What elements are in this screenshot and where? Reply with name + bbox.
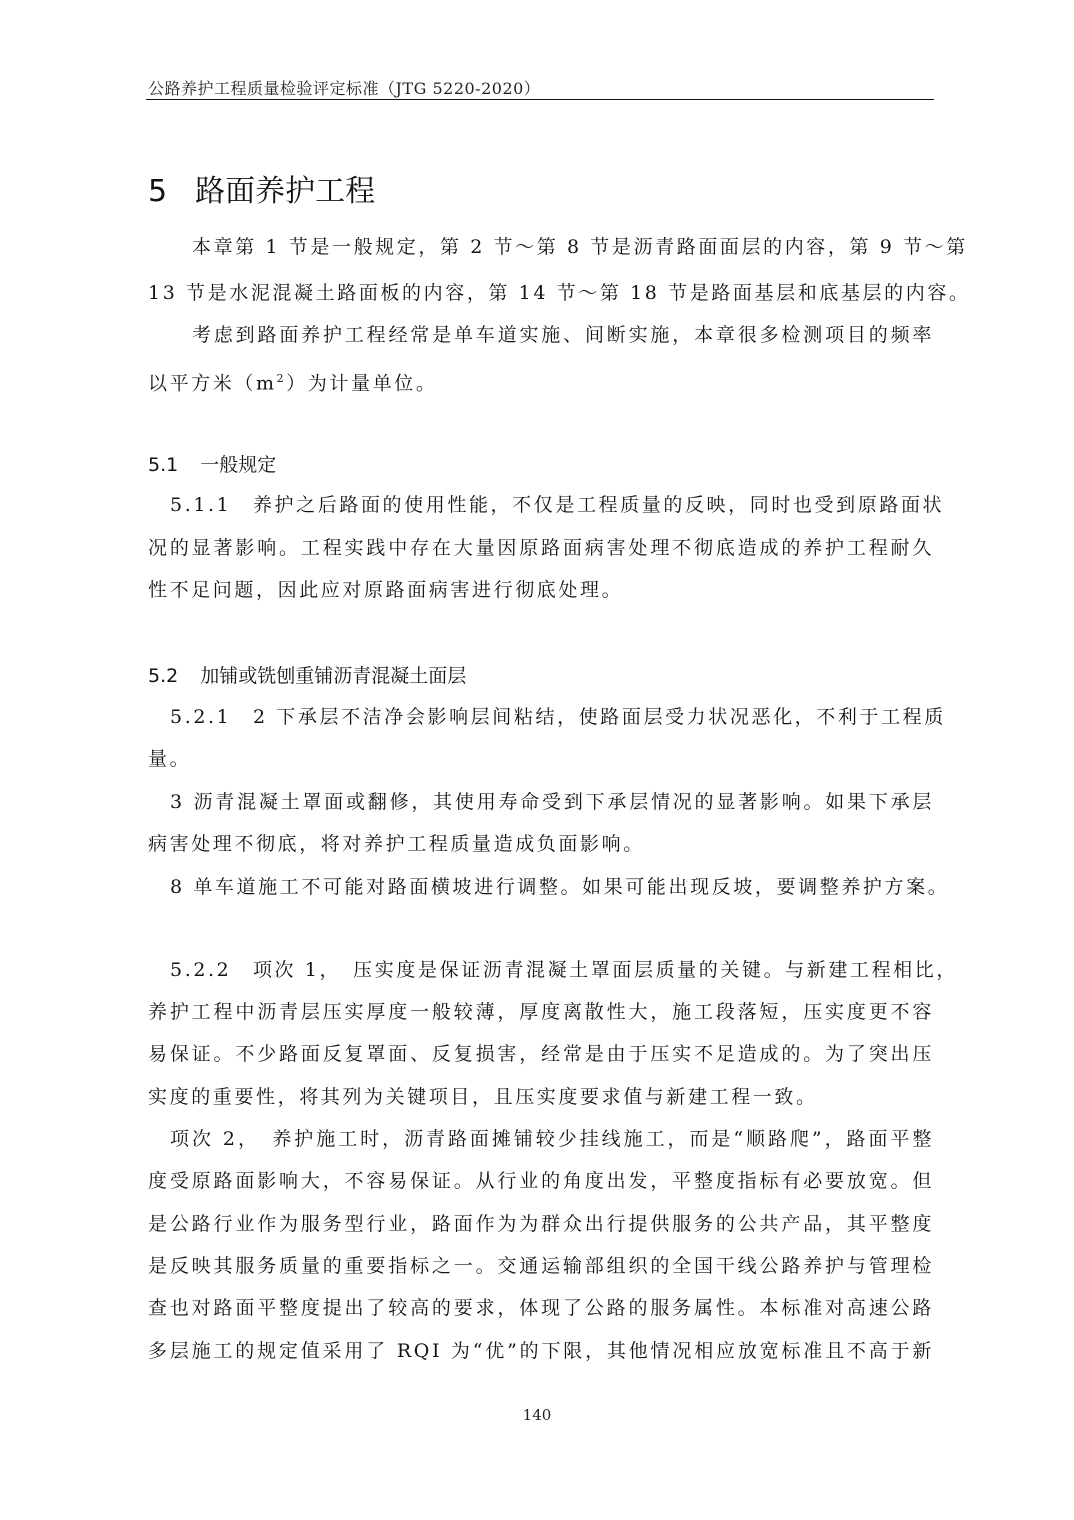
clause-line: 5.2.1 2 下承层不洁净会影响层间粘结，使路面层受力状况恶化，不利于工程质 <box>148 704 934 730</box>
intro-line: 考虑到路面养护工程经常是单车道实施、间断实施，本章很多检测项目的频率 <box>148 322 934 348</box>
section-number: 5.1 <box>148 454 178 476</box>
intro-text: ）为计量单位。 <box>286 372 437 394</box>
section-heading: 5.1一般规定 <box>148 450 276 477</box>
intro-line: 13 节是水泥混凝土路面板的内容，第 14 节～第 18 节是路面基层和底基层的… <box>148 280 934 306</box>
clause-line: 5.2.2 项次 1， 压实度是保证沥青混凝土罩面层质量的关键。与新建工程相比， <box>148 957 934 983</box>
clause-line: 量。 <box>148 746 934 772</box>
header-rule <box>146 99 934 100</box>
clause-line: 3 沥青混凝土罩面或翻修，其使用寿命受到下承层情况的显著影响。如果下承层 <box>148 789 934 815</box>
section-title: 加铺或铣刨重铺沥青混凝土面层 <box>200 665 466 687</box>
clause-line: 实度的重要性，将其列为关键项目，且压实度要求值与新建工程一致。 <box>148 1084 934 1110</box>
clause-line: 性不足问题，因此应对原路面病害进行彻底处理。 <box>148 577 934 603</box>
chapter-heading: 5路面养护工程 <box>148 166 375 210</box>
chapter-title: 路面养护工程 <box>195 174 375 209</box>
page-number: 140 <box>0 1406 1074 1424</box>
clause-line: 易保证。不少路面反复罩面、反复损害，经常是由于压实不足造成的。为了突出压 <box>148 1041 934 1067</box>
running-header: 公路养护工程质量检验评定标准（JTG 5220-2020） <box>148 76 540 99</box>
clause-line: 度受原路面影响大，不容易保证。从行业的角度出发，平整度指标有必要放宽。但 <box>148 1168 934 1194</box>
intro-line: 以平方米（m2）为计量单位。 <box>148 366 934 396</box>
clause-line: 查也对路面平整度提出了较高的要求，体现了公路的服务属性。本标准对高速公路 <box>148 1295 934 1321</box>
clause-line: 是公路行业作为服务型行业，路面作为为群众出行提供服务的公共产品，其平整度 <box>148 1211 934 1237</box>
section-number: 5.2 <box>148 665 178 687</box>
intro-text: 以平方米（m <box>148 372 277 394</box>
chapter-number: 5 <box>148 174 167 209</box>
section-title: 一般规定 <box>200 454 276 476</box>
intro-line: 本章第 1 节是一般规定，第 2 节～第 8 节是沥青路面面层的内容，第 9 节… <box>148 234 934 260</box>
clause-line: 8 单车道施工不可能对路面横坡进行调整。如果可能出现反坡，要调整养护方案。 <box>148 874 934 900</box>
clause-line: 多层施工的规定值采用了 RQI 为“优”的下限，其他情况相应放宽标准且不高于新 <box>148 1338 934 1364</box>
clause-line: 养护工程中沥青层压实厚度一般较薄，厚度离散性大，施工段落短，压实度更不容 <box>148 999 934 1025</box>
clause-line: 病害处理不彻底，将对养护工程质量造成负面影响。 <box>148 831 934 857</box>
clause-line: 5.1.1 养护之后路面的使用性能，不仅是工程质量的反映，同时也受到原路面状 <box>148 492 934 518</box>
superscript: 2 <box>277 372 287 385</box>
clause-line: 是反映其服务质量的重要指标之一。交通运输部组织的全国干线公路养护与管理检 <box>148 1253 934 1279</box>
section-heading: 5.2加铺或铣刨重铺沥青混凝土面层 <box>148 661 466 688</box>
clause-line: 况的显著影响。工程实践中存在大量因原路面病害处理不彻底造成的养护工程耐久 <box>148 535 934 561</box>
clause-line: 项次 2， 养护施工时，沥青路面摊铺较少挂线施工，而是“顺路爬”，路面平整 <box>148 1126 934 1152</box>
